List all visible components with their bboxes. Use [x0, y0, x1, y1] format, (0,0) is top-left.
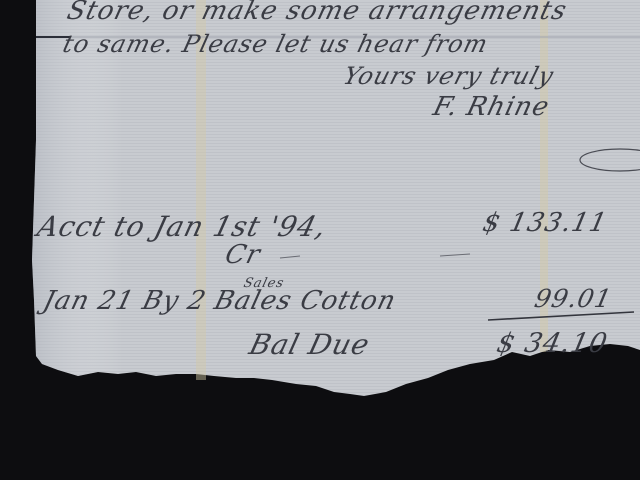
- ledger-entry: Jan 21 By 2 Bales Cotton: [40, 286, 399, 316]
- account-header-amount: $ 133.11: [480, 208, 610, 238]
- entry-date: Jan 21: [40, 286, 138, 316]
- letter-closing: Yours very truly: [340, 62, 557, 90]
- letter-signature: F. Rhine: [430, 92, 553, 122]
- letter-line-2: to same. Please let us hear from: [60, 30, 491, 58]
- entry-amount: 99.01: [532, 284, 615, 313]
- letter-line-1: Store, or make some arrangements: [64, 0, 570, 26]
- document-photo: Store, or make some arrangements to same…: [0, 0, 640, 480]
- entry-description: By 2 Bales Cotton: [139, 286, 399, 316]
- paper-sheet: Store, or make some arrangements to same…: [0, 0, 640, 480]
- account-header-label: Acct to Jan 1st '94,: [34, 210, 330, 243]
- balance-label: Bal Due: [246, 328, 373, 361]
- balance-amount: $ 34.10: [494, 328, 611, 359]
